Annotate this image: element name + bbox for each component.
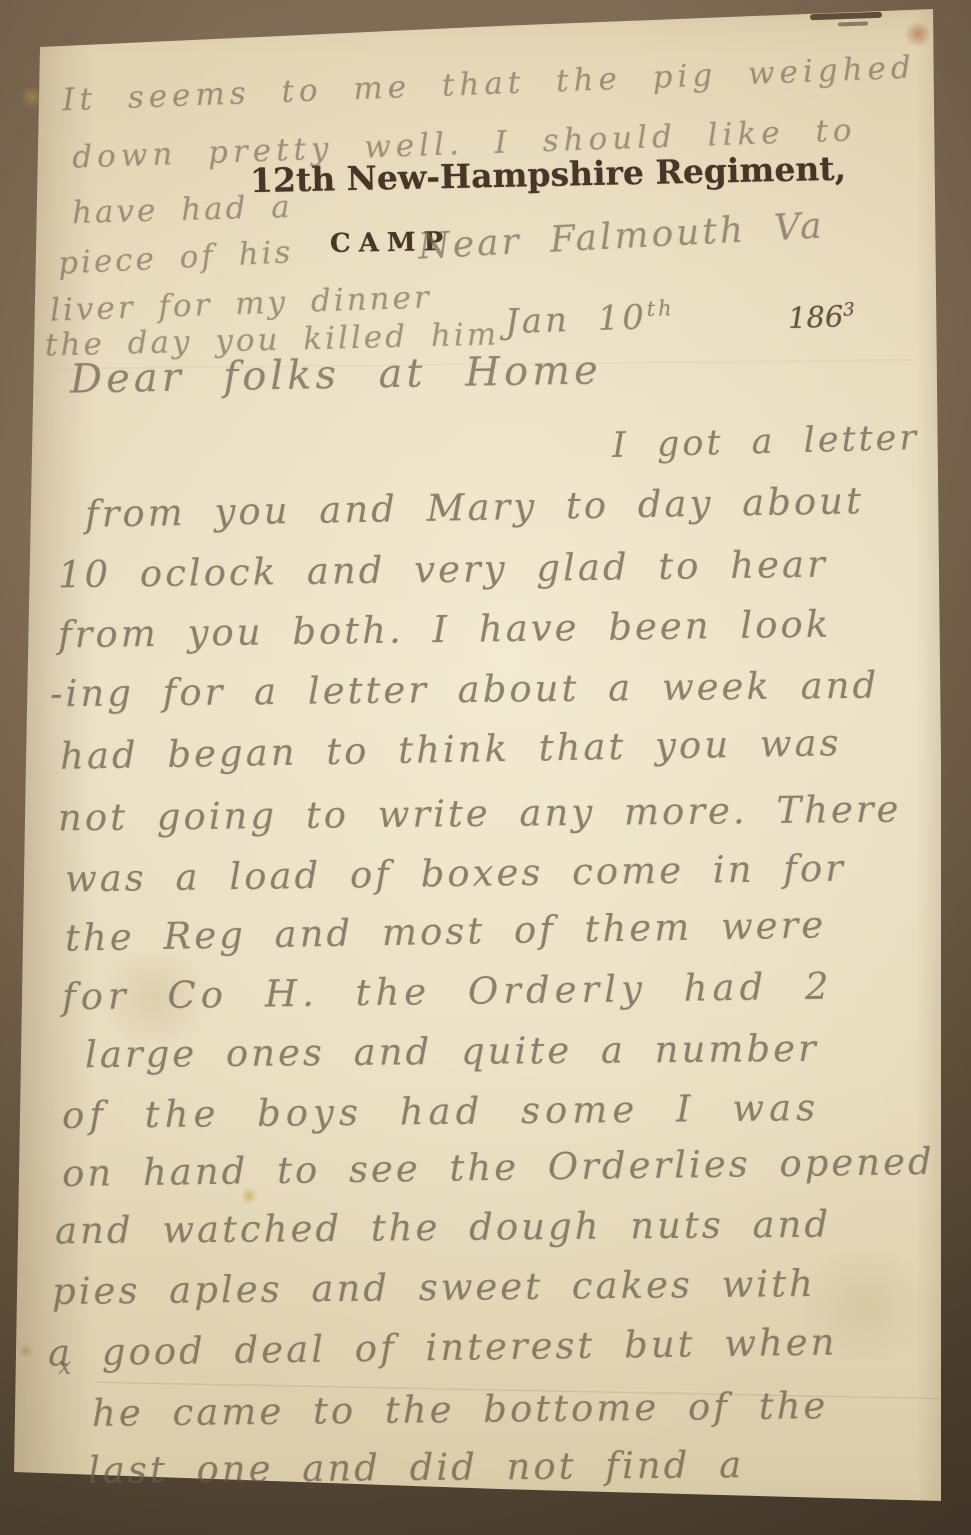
body-line: last one and did not find a [88, 1443, 745, 1492]
dateline-date-suffix: th [646, 295, 675, 321]
salutation: Dear folks at Home [70, 347, 603, 402]
body-line: I got a letter [612, 418, 920, 466]
body-line: pies aples and sweet cakes with [52, 1262, 816, 1313]
body-line: he came to the bottome of the [92, 1384, 829, 1435]
body-line: -ing for a letter about a week and [50, 664, 880, 716]
letter-photograph: 12th New-Hampshire Regiment, CAMP It see… [0, 0, 971, 1535]
body-line: and watched the dough nuts and [55, 1203, 831, 1253]
body-line: large ones and quite a number [85, 1027, 819, 1076]
dateline-year-printed: 1863 [787, 299, 855, 335]
margin-note-line: have had a [72, 189, 294, 231]
dateline-date: Jan 10th [504, 295, 675, 342]
dateline-year-suffix: 3 [843, 299, 855, 320]
body-line: of the boys had some I was [62, 1086, 821, 1137]
body-margin-mark: x [58, 1352, 75, 1380]
body-line: not going to write any more. There [58, 788, 902, 840]
